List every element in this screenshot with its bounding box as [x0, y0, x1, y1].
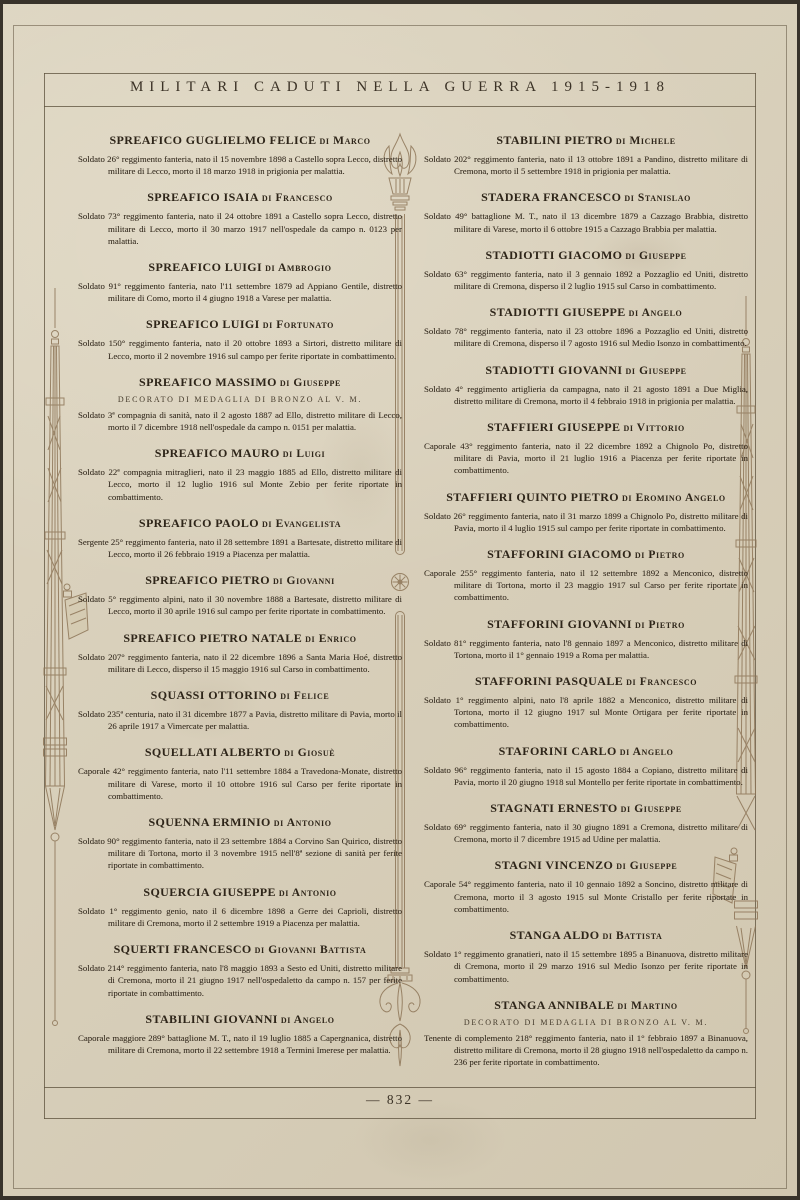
entry-name: SPREAFICO GUGLIELMO FELICE — [109, 133, 316, 147]
entry-body: Soldato 235ª centuria, nato il 31 dicemb… — [78, 708, 402, 732]
entry-body: Sergente 25° reggimento fanteria, nato i… — [78, 536, 402, 560]
column-right: STABILINI PIETROdi Michele Soldato 202° … — [424, 134, 748, 1082]
entry-name: STANGA ANNIBALE — [494, 998, 614, 1012]
entry-father-name: di Giuseppe — [625, 250, 686, 262]
entry-name: STAFFORINI GIOVANNI — [487, 617, 632, 631]
entry-father-name: di Battista — [602, 930, 662, 942]
entry-heading: SPREAFICO LUIGIdi Ambrogio — [78, 261, 402, 275]
entry-heading: STANGA ALDOdi Battista — [424, 929, 748, 943]
entry-father-name: di Pietro — [635, 619, 685, 631]
casualty-entry: SPREAFICO PIETRO NATALEdi Enrico Soldato… — [78, 632, 402, 675]
entry-father-name: di Angelo — [620, 746, 674, 758]
entry-father-name: di Giuseppe — [626, 365, 687, 377]
casualty-entry: STABILINI GIOVANNIdi Angelo Caporale mag… — [78, 1013, 402, 1056]
entry-name: STABILINI PIETRO — [496, 133, 613, 147]
casualty-entry: SQUERTI FRANCESCOdi Giovanni Battista So… — [78, 943, 402, 999]
entry-body: Tenente di complemento 218° reggimento f… — [424, 1032, 748, 1069]
casualty-entry: STAGNI VINCENZOdi Giuseppe Caporale 54° … — [424, 859, 748, 915]
inner-frame-left-rule — [44, 73, 45, 1119]
entry-father-name: di Francesco — [262, 192, 333, 204]
entry-father-name: di Giovanni Battista — [255, 944, 367, 956]
entry-heading: STAFFORINI GIOVANNIdi Pietro — [424, 618, 748, 632]
casualty-entry: SPREAFICO LUIGIdi Fortunato Soldato 150°… — [78, 318, 402, 361]
entry-name: SPREAFICO PIETRO NATALE — [123, 631, 302, 645]
entry-father-name: di Vittorio — [623, 422, 684, 434]
entry-name: STAFFIERI GIUSEPPE — [487, 420, 620, 434]
entry-father-name: di Eromino Angelo — [622, 492, 726, 504]
entry-body: Soldato 207° reggimento fanteria, nato i… — [78, 651, 402, 675]
entry-heading: STADIOTTI GIOVANNIdi Giuseppe — [424, 364, 748, 378]
entry-father-name: di Giovanni — [273, 575, 335, 587]
entry-heading: STAFFIERI QUINTO PIETROdi Eromino Angelo — [424, 491, 748, 505]
footer-rule-top — [44, 1087, 756, 1088]
entry-name: SQUELLATI ALBERTO — [145, 745, 281, 759]
page-number: — 832 — — [44, 1092, 756, 1108]
casualty-entry: SQUENNA ERMINIOdi Antonio Soldato 90° re… — [78, 816, 402, 872]
entry-body: Soldato 81° reggimento fanteria, nato l'… — [424, 637, 748, 661]
entry-heading: STABILINI GIOVANNIdi Angelo — [78, 1013, 402, 1027]
entry-body: Soldato 1° reggimento genio, nato il 6 d… — [78, 905, 402, 929]
entry-father-name: di Angelo — [629, 307, 683, 319]
entry-decoration: DECORATO DI MEDAGLIA DI BRONZO AL V. M. — [78, 395, 402, 404]
entry-name: SPREAFICO LUIGI — [146, 317, 260, 331]
entry-decoration: DECORATO DI MEDAGLIA DI BRONZO AL V. M. — [424, 1018, 748, 1027]
entry-name: SQUENNA ERMINIO — [148, 815, 270, 829]
casualty-entry: STABILINI PIETROdi Michele Soldato 202° … — [424, 134, 748, 177]
entry-name: SQUERCIA GIUSEPPE — [143, 885, 276, 899]
entry-body: Caporale 255° reggimento fanteria, nato … — [424, 567, 748, 604]
entry-heading: SPREAFICO GUGLIELMO FELICEdi Marco — [78, 134, 402, 148]
casualty-entry: STADIOTTI GIACOMOdi Giuseppe Soldato 63°… — [424, 249, 748, 292]
entry-father-name: di Felice — [280, 690, 329, 702]
casualty-entry: SPREAFICO PIETROdi Giovanni Soldato 5° r… — [78, 574, 402, 617]
casualty-entry: STAFFORINI PASQUALEdi Francesco Soldato … — [424, 675, 748, 731]
entry-body: Soldato 1° reggimento alpini, nato l'8 a… — [424, 694, 748, 731]
entry-name: STAFFORINI GIACOMO — [487, 547, 632, 561]
entry-body: Soldato 91° reggimento fanteria, nato l'… — [78, 280, 402, 304]
inner-frame-right-rule — [755, 73, 756, 1119]
entry-father-name: di Antonio — [279, 887, 337, 899]
casualty-entry: SQUASSI OTTORINOdi Felice Soldato 235ª c… — [78, 689, 402, 732]
casualty-entry: STANGA ALDOdi Battista Soldato 1° reggim… — [424, 929, 748, 985]
casualty-entry: STANGA ANNIBALEdi Martino DECORATO DI ME… — [424, 999, 748, 1069]
entry-body: Soldato 22ª compagnia mitraglieri, nato … — [78, 466, 402, 503]
entry-heading: STADIOTTI GIACOMOdi Giuseppe — [424, 249, 748, 263]
entry-body: Soldato 49° battaglione M. T., nato il 1… — [424, 210, 748, 234]
entry-heading: SPREAFICO LUIGIdi Fortunato — [78, 318, 402, 332]
entry-heading: SQUERTI FRANCESCOdi Giovanni Battista — [78, 943, 402, 957]
entry-name: SPREAFICO MAURO — [155, 446, 280, 460]
entry-name: STAGNATI ERNESTO — [490, 801, 617, 815]
entry-body: Soldato 63° reggimento fanteria, nato il… — [424, 268, 748, 292]
entry-body: Soldato 90° reggimento fanteria, nato il… — [78, 835, 402, 872]
entry-heading: STAFORINI CARLOdi Angelo — [424, 745, 748, 759]
entry-father-name: di Giuseppe — [616, 860, 677, 872]
entry-name: SQUERTI FRANCESCO — [114, 942, 252, 956]
entry-body: Caporale 42° reggimento fanteria, nato l… — [78, 765, 402, 802]
entry-heading: STABILINI PIETROdi Michele — [424, 134, 748, 148]
entry-father-name: di Enrico — [305, 633, 357, 645]
casualty-entry: SPREAFICO ISAIAdi Francesco Soldato 73° … — [78, 191, 402, 247]
entry-name: STADIOTTI GIACOMO — [485, 248, 622, 262]
entry-body: Soldato 202° reggimento fanteria, nato i… — [424, 153, 748, 177]
entry-name: STANGA ALDO — [510, 928, 600, 942]
entry-body: Caporale 54° reggimento fanteria, nato i… — [424, 878, 748, 915]
entry-heading: SQUASSI OTTORINOdi Felice — [78, 689, 402, 703]
casualty-entry: SPREAFICO MASSIMOdi Giuseppe DECORATO DI… — [78, 376, 402, 433]
entry-father-name: di Angelo — [281, 1014, 335, 1026]
entry-heading: SPREAFICO MASSIMOdi Giuseppe — [78, 376, 402, 390]
entry-name: STAFFORINI PASQUALE — [475, 674, 623, 688]
entry-father-name: di Stanislao — [624, 192, 691, 204]
header-rule-top — [44, 73, 756, 74]
entry-father-name: di Martino — [617, 1000, 677, 1012]
casualty-entry: SPREAFICO PAOLOdi Evangelista Sergente 2… — [78, 517, 402, 560]
casualty-entry: STADIOTTI GIUSEPPEdi Angelo Soldato 78° … — [424, 306, 748, 349]
casualty-entry: SQUERCIA GIUSEPPEdi Antonio Soldato 1° r… — [78, 886, 402, 929]
entry-body: Soldato 5° reggimento alpini, nato il 30… — [78, 593, 402, 617]
casualty-entry: STAFFORINI GIOVANNIdi Pietro Soldato 81°… — [424, 618, 748, 661]
casualty-entry: SQUELLATI ALBERTOdi Giosuè Caporale 42° … — [78, 746, 402, 802]
entry-body: Soldato 150° reggimento fanteria, nato i… — [78, 337, 402, 361]
entry-body: Soldato 78° reggimento fanteria, nato il… — [424, 325, 748, 349]
entry-name: STADERA FRANCESCO — [481, 190, 621, 204]
entry-name: STADIOTTI GIOVANNI — [485, 363, 622, 377]
entry-father-name: di Fortunato — [263, 319, 334, 331]
entry-name: SPREAFICO MASSIMO — [139, 375, 277, 389]
entry-father-name: di Ambrogio — [265, 262, 331, 274]
casualty-entry: STAFFIERI GIUSEPPEdi Vittorio Caporale 4… — [424, 421, 748, 477]
entry-father-name: di Michele — [616, 135, 676, 147]
casualty-entry: STAFFIERI QUINTO PIETROdi Eromino Angelo… — [424, 491, 748, 534]
casualty-entry: STADIOTTI GIOVANNIdi Giuseppe Soldato 4°… — [424, 364, 748, 407]
entry-father-name: di Francesco — [626, 676, 697, 688]
entry-name: STAFFIERI QUINTO PIETRO — [446, 490, 619, 504]
entry-heading: SQUELLATI ALBERTOdi Giosuè — [78, 746, 402, 760]
entry-body: Soldato 214° reggimento fanteria, nato l… — [78, 962, 402, 999]
entry-name: STAFORINI CARLO — [499, 744, 617, 758]
header-rule-bottom — [44, 106, 756, 107]
casualty-entry: SPREAFICO GUGLIELMO FELICEdi Marco Solda… — [78, 134, 402, 177]
entry-name: SPREAFICO LUIGI — [148, 260, 262, 274]
entry-heading: STADIOTTI GIUSEPPEdi Angelo — [424, 306, 748, 320]
entry-body: Soldato 96° reggimento fanteria, nato il… — [424, 764, 748, 788]
entry-name: SPREAFICO ISAIA — [147, 190, 259, 204]
entry-heading: STAFFORINI PASQUALEdi Francesco — [424, 675, 748, 689]
casualty-entry: SPREAFICO MAUROdi Luigi Soldato 22ª comp… — [78, 447, 402, 503]
entry-father-name: di Pietro — [635, 549, 685, 561]
entry-name: SPREAFICO PIETRO — [145, 573, 270, 587]
entry-heading: SPREAFICO PIETRO NATALEdi Enrico — [78, 632, 402, 646]
entry-heading: STAFFORINI GIACOMOdi Pietro — [424, 548, 748, 562]
entry-heading: SPREAFICO PAOLOdi Evangelista — [78, 517, 402, 531]
entry-body: Soldato 69° reggimento fanteria, nato il… — [424, 821, 748, 845]
entry-heading: SQUENNA ERMINIOdi Antonio — [78, 816, 402, 830]
entry-heading: STANGA ANNIBALEdi Martino — [424, 999, 748, 1013]
entry-body: Soldato 1° reggimento granatieri, nato i… — [424, 948, 748, 985]
footer-rule-bottom — [44, 1118, 756, 1119]
entry-heading: SPREAFICO ISAIAdi Francesco — [78, 191, 402, 205]
entry-father-name: di Luigi — [283, 448, 325, 460]
casualty-entry: STAGNATI ERNESTOdi Giuseppe Soldato 69° … — [424, 802, 748, 845]
entry-body: Caporale maggiore 289° battaglione M. T.… — [78, 1032, 402, 1056]
entry-body: Caporale 43° reggimento fanteria, nato i… — [424, 440, 748, 477]
entry-father-name: di Giuseppe — [621, 803, 682, 815]
entry-heading: SQUERCIA GIUSEPPEdi Antonio — [78, 886, 402, 900]
entry-heading: STAGNATI ERNESTOdi Giuseppe — [424, 802, 748, 816]
entry-father-name: di Giuseppe — [280, 377, 341, 389]
entry-name: STABILINI GIOVANNI — [145, 1012, 277, 1026]
entry-father-name: di Giosuè — [284, 747, 335, 759]
entry-body: Soldato 3ª compagnia di sanità, nato il … — [78, 409, 402, 433]
entry-body: Soldato 4° reggimento artiglieria da cam… — [424, 383, 748, 407]
page-title: MILITARI CADUTI NELLA GUERRA 1915-1918 — [44, 79, 756, 96]
casualty-entry: STAFORINI CARLOdi Angelo Soldato 96° reg… — [424, 745, 748, 788]
entry-name: STADIOTTI GIUSEPPE — [490, 305, 626, 319]
entry-name: SQUASSI OTTORINO — [151, 688, 278, 702]
entry-name: STAGNI VINCENZO — [495, 858, 614, 872]
entry-father-name: di Marco — [320, 135, 371, 147]
entry-heading: SPREAFICO MAUROdi Luigi — [78, 447, 402, 461]
casualty-entry: STADERA FRANCESCOdi Stanislao Soldato 49… — [424, 191, 748, 234]
entry-body: Soldato 26° reggimento fanteria, nato il… — [78, 153, 402, 177]
entry-heading: STAGNI VINCENZOdi Giuseppe — [424, 859, 748, 873]
entry-father-name: di Antonio — [274, 817, 332, 829]
casualty-entry: SPREAFICO LUIGIdi Ambrogio Soldato 91° r… — [78, 261, 402, 304]
column-left: SPREAFICO GUGLIELMO FELICEdi Marco Solda… — [78, 134, 402, 1070]
entry-heading: STADERA FRANCESCOdi Stanislao — [424, 191, 748, 205]
entry-heading: SPREAFICO PIETROdi Giovanni — [78, 574, 402, 588]
entry-body: Soldato 73° reggimento fanteria, nato il… — [78, 210, 402, 247]
entry-name: SPREAFICO PAOLO — [139, 516, 259, 530]
casualty-entry: STAFFORINI GIACOMOdi Pietro Caporale 255… — [424, 548, 748, 604]
entry-father-name: di Evangelista — [262, 518, 341, 530]
entry-heading: STAFFIERI GIUSEPPEdi Vittorio — [424, 421, 748, 435]
entry-body: Soldato 26° reggimento fanteria, nato il… — [424, 510, 748, 534]
book-page-scan: MILITARI CADUTI NELLA GUERRA 1915-1918 — [0, 0, 800, 1200]
